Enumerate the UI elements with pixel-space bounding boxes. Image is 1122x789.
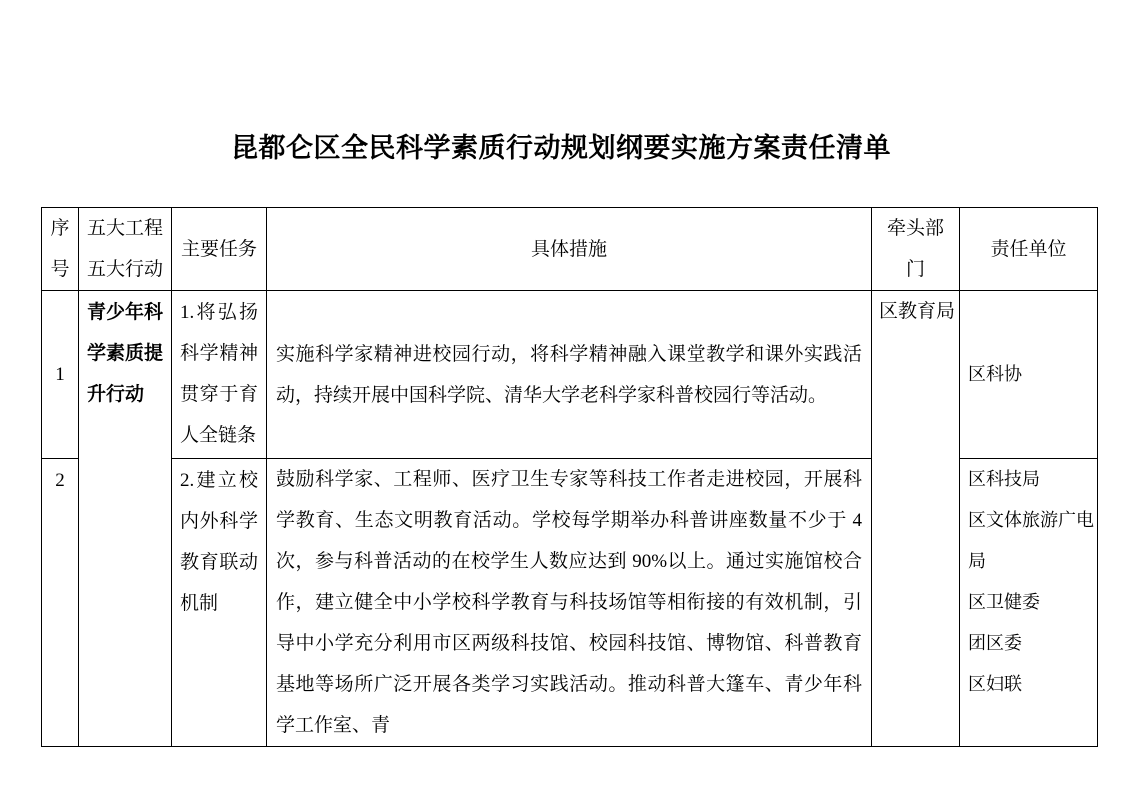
row1-category: 青少年科学素质提升行动	[79, 291, 172, 747]
table-row: 1 青少年科学素质提升行动 1.将弘扬科学精神贯穿于育人全链条 实施科学家精神进…	[42, 291, 1098, 459]
row1-measures: 实施科学家精神进校园行动，将科学精神融入课堂教学和课外实践活动，持续开展中国科学…	[267, 291, 872, 459]
row1-responsible-units: 区科协	[960, 291, 1098, 459]
row1-index: 1	[42, 291, 79, 459]
row2-index: 2	[42, 459, 79, 747]
col-header-category: 五大工程 五大行动	[79, 208, 172, 291]
page-title: 昆都仑区全民科学素质行动规划纲要实施方案责任清单	[0, 126, 1122, 165]
document-page: 昆都仑区全民科学素质行动规划纲要实施方案责任清单 序 号 五大工程 五大行动 主…	[0, 0, 1122, 789]
row2-measures: 鼓励科学家、工程师、医疗卫生专家等科技工作者走进校园，开展科学教育、生态文明教育…	[267, 459, 872, 747]
responsibility-table: 序 号 五大工程 五大行动 主要任务 具体措施 牵头部门 责任单位 1 青少年科…	[41, 207, 1098, 747]
row2-responsible-units: 区科技局 区文体旅游广电局 区卫健委 团区委 区妇联	[960, 459, 1098, 747]
col-header-index: 序 号	[42, 208, 79, 291]
col-header-lead: 牵头部门	[872, 208, 960, 291]
col-header-task: 主要任务	[172, 208, 267, 291]
row2-task: 2.建立校内外科学教育联动机制	[172, 459, 267, 747]
col-header-measures: 具体措施	[267, 208, 872, 291]
row1-lead-department: 区教育局	[872, 291, 960, 747]
table-header-row: 序 号 五大工程 五大行动 主要任务 具体措施 牵头部门 责任单位	[42, 208, 1098, 291]
row1-task: 1.将弘扬科学精神贯穿于育人全链条	[172, 291, 267, 459]
col-header-responsible: 责任单位	[960, 208, 1098, 291]
